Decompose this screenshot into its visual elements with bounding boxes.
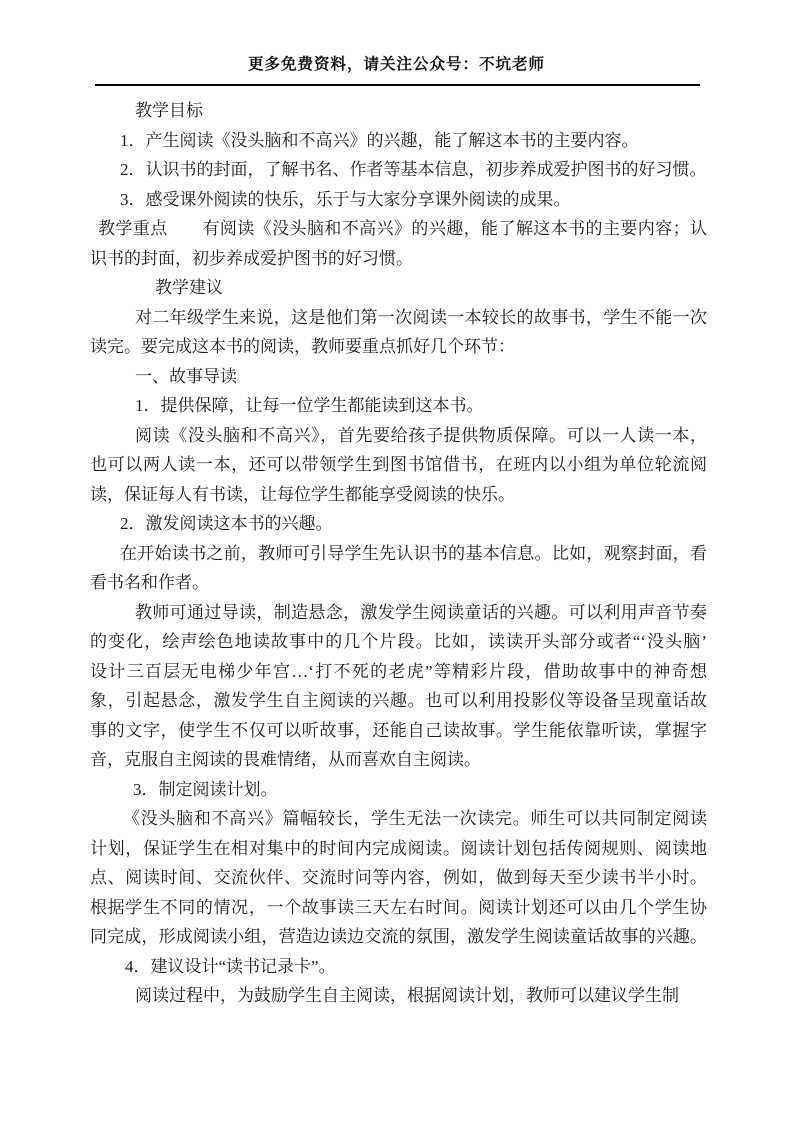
text-line: 读完。要完成这本书的阅读，教师要重点抓好几个环节： (90, 332, 707, 362)
text-line: 音，克服自主阅读的畏难情绪，从而喜欢自主阅读。 (90, 745, 707, 775)
text-line: 教师可通过导读，制造悬念，激发学生阅读童话的兴趣。可以利用声音节奏 (90, 598, 707, 628)
paragraph: 2．激发阅读这本书的兴趣。 (90, 509, 707, 539)
document-body: 教学目标1．产生阅读《没头脑和不高兴》的兴趣，能了解这本书的主要内容。2．认识书… (90, 96, 707, 1011)
text-line: 4．建议设计“读书记录卡”。 (90, 952, 707, 982)
text-line: 2．激发阅读这本书的兴趣。 (90, 509, 707, 539)
text-line: 1．产生阅读《没头脑和不高兴》的兴趣，能了解这本书的主要内容。 (90, 126, 707, 156)
text-line: 象，引起悬念，激发学生自主阅读的兴趣。也可以利用投影仪等设备呈现童话故 (90, 686, 707, 716)
text-line: 对二年级学生来说，这是他们第一次阅读一本较长的故事书，学生不能一次 (90, 303, 707, 333)
text-line: 3．制定阅读计划。 (90, 775, 707, 805)
text-line: 阅读《没头脑和不高兴》，首先要给孩子提供物质保障。可以一人读一本， (90, 421, 707, 451)
paragraph: 3．制定阅读计划。 (90, 775, 707, 805)
paragraph: 一、故事导读 (90, 362, 707, 392)
text-line: 2．认识书的封面，了解书名、作者等基本信息，初步养成爱护图书的好习惯。 (90, 155, 707, 185)
text-line: 设计三百层无电梯少年宫…‘打不死的老虎”等精彩片段，借助故事中的神奇想 (90, 657, 707, 687)
text-line: 同完成，形成阅读小组，营造边读边交流的氛围，激发学生阅读童话故事的兴趣。 (90, 922, 707, 952)
paragraph: 在开始读书之前，教师可引导学生先认识书的基本信息。比如，观察封面，看看书名和作者… (90, 539, 707, 598)
paragraph: 阅读过程中，为鼓励学生自主阅读，根据阅读计划，教师可以建议学生制 (90, 981, 707, 1011)
paragraph: 1．产生阅读《没头脑和不高兴》的兴趣，能了解这本书的主要内容。 (90, 126, 707, 156)
paragraph: 教学重点 有阅读《没头脑和不高兴》的兴趣，能了解这本书的主要内容；认识书的封面，… (90, 214, 707, 273)
text-line: 看书名和作者。 (90, 568, 707, 598)
text-line: 点、阅读时间、交流伙伴、交流时问等内容，例如，做到每天至少读书半小时。 (90, 863, 707, 893)
text-line: 教学建议 (90, 273, 707, 303)
text-line: 《没头脑和不高兴》篇幅较长，学生无法一次读完。师生可以共同制定阅读 (90, 804, 707, 834)
paragraph: 教师可通过导读，制造悬念，激发学生阅读童话的兴趣。可以利用声音节奏的变化，绘声绘… (90, 598, 707, 775)
paragraph: 4．建议设计“读书记录卡”。 (90, 952, 707, 982)
text-line: 识书的封面，初步养成爱护图书的好习惯。 (90, 244, 707, 274)
text-line: 也可以两人读一本，还可以带领学生到图书馆借书，在班内以小组为单位轮流阅 (90, 450, 707, 480)
text-line: 3．感受课外阅读的快乐，乐于与大家分享课外阅读的成果。 (90, 185, 707, 215)
text-line: 在开始读书之前，教师可引导学生先认识书的基本信息。比如，观察封面，看 (90, 539, 707, 569)
paragraph: 2．认识书的封面，了解书名、作者等基本信息，初步养成爱护图书的好习惯。 (90, 155, 707, 185)
paragraph: 对二年级学生来说，这是他们第一次阅读一本较长的故事书，学生不能一次读完。要完成这… (90, 303, 707, 362)
text-line: 根据学生不同的情况，一个故事读三天左右时间。阅读计划还可以由几个学生协 (90, 893, 707, 923)
paragraph: 《没头脑和不高兴》篇幅较长，学生无法一次读完。师生可以共同制定阅读计划，保证学生… (90, 804, 707, 952)
paragraph: 1．提供保障，让每一位学生都能读到这本书。 (90, 391, 707, 421)
text-line: 教学目标 (90, 96, 707, 126)
text-line: 读，保证每人有书读，让每位学生都能享受阅读的快乐。 (90, 480, 707, 510)
text-line: 1．提供保障，让每一位学生都能读到这本书。 (90, 391, 707, 421)
paragraph: 教学建议 (90, 273, 707, 303)
text-line: 事的文字，使学生不仅可以听故事，还能自己读故事。学生能依靠听读，掌握字 (90, 716, 707, 746)
text-line: 教学重点 有阅读《没头脑和不高兴》的兴趣，能了解这本书的主要内容；认 (90, 214, 707, 244)
text-line: 的变化，绘声绘色地读故事中的几个片段。比如，读读开头部分或者“‘没头脑’ (90, 627, 707, 657)
text-line: 一、故事导读 (90, 362, 707, 392)
document-page: 更多免费资料，请关注公众号：不坑老师 教学目标1．产生阅读《没头脑和不高兴》的兴… (0, 0, 793, 1122)
paragraph: 3．感受课外阅读的快乐，乐于与大家分享课外阅读的成果。 (90, 185, 707, 215)
paragraph: 教学目标 (90, 96, 707, 126)
header-divider (95, 84, 700, 86)
paragraph: 阅读《没头脑和不高兴》，首先要给孩子提供物质保障。可以一人读一本，也可以两人读一… (90, 421, 707, 510)
text-line: 计划，保证学生在相对集中的时间内完成阅读。阅读计划包括传阅规则、阅读地 (90, 834, 707, 864)
text-line: 阅读过程中，为鼓励学生自主阅读，根据阅读计划，教师可以建议学生制 (90, 981, 707, 1011)
header-notice: 更多免费资料，请关注公众号：不坑老师 (0, 52, 793, 74)
